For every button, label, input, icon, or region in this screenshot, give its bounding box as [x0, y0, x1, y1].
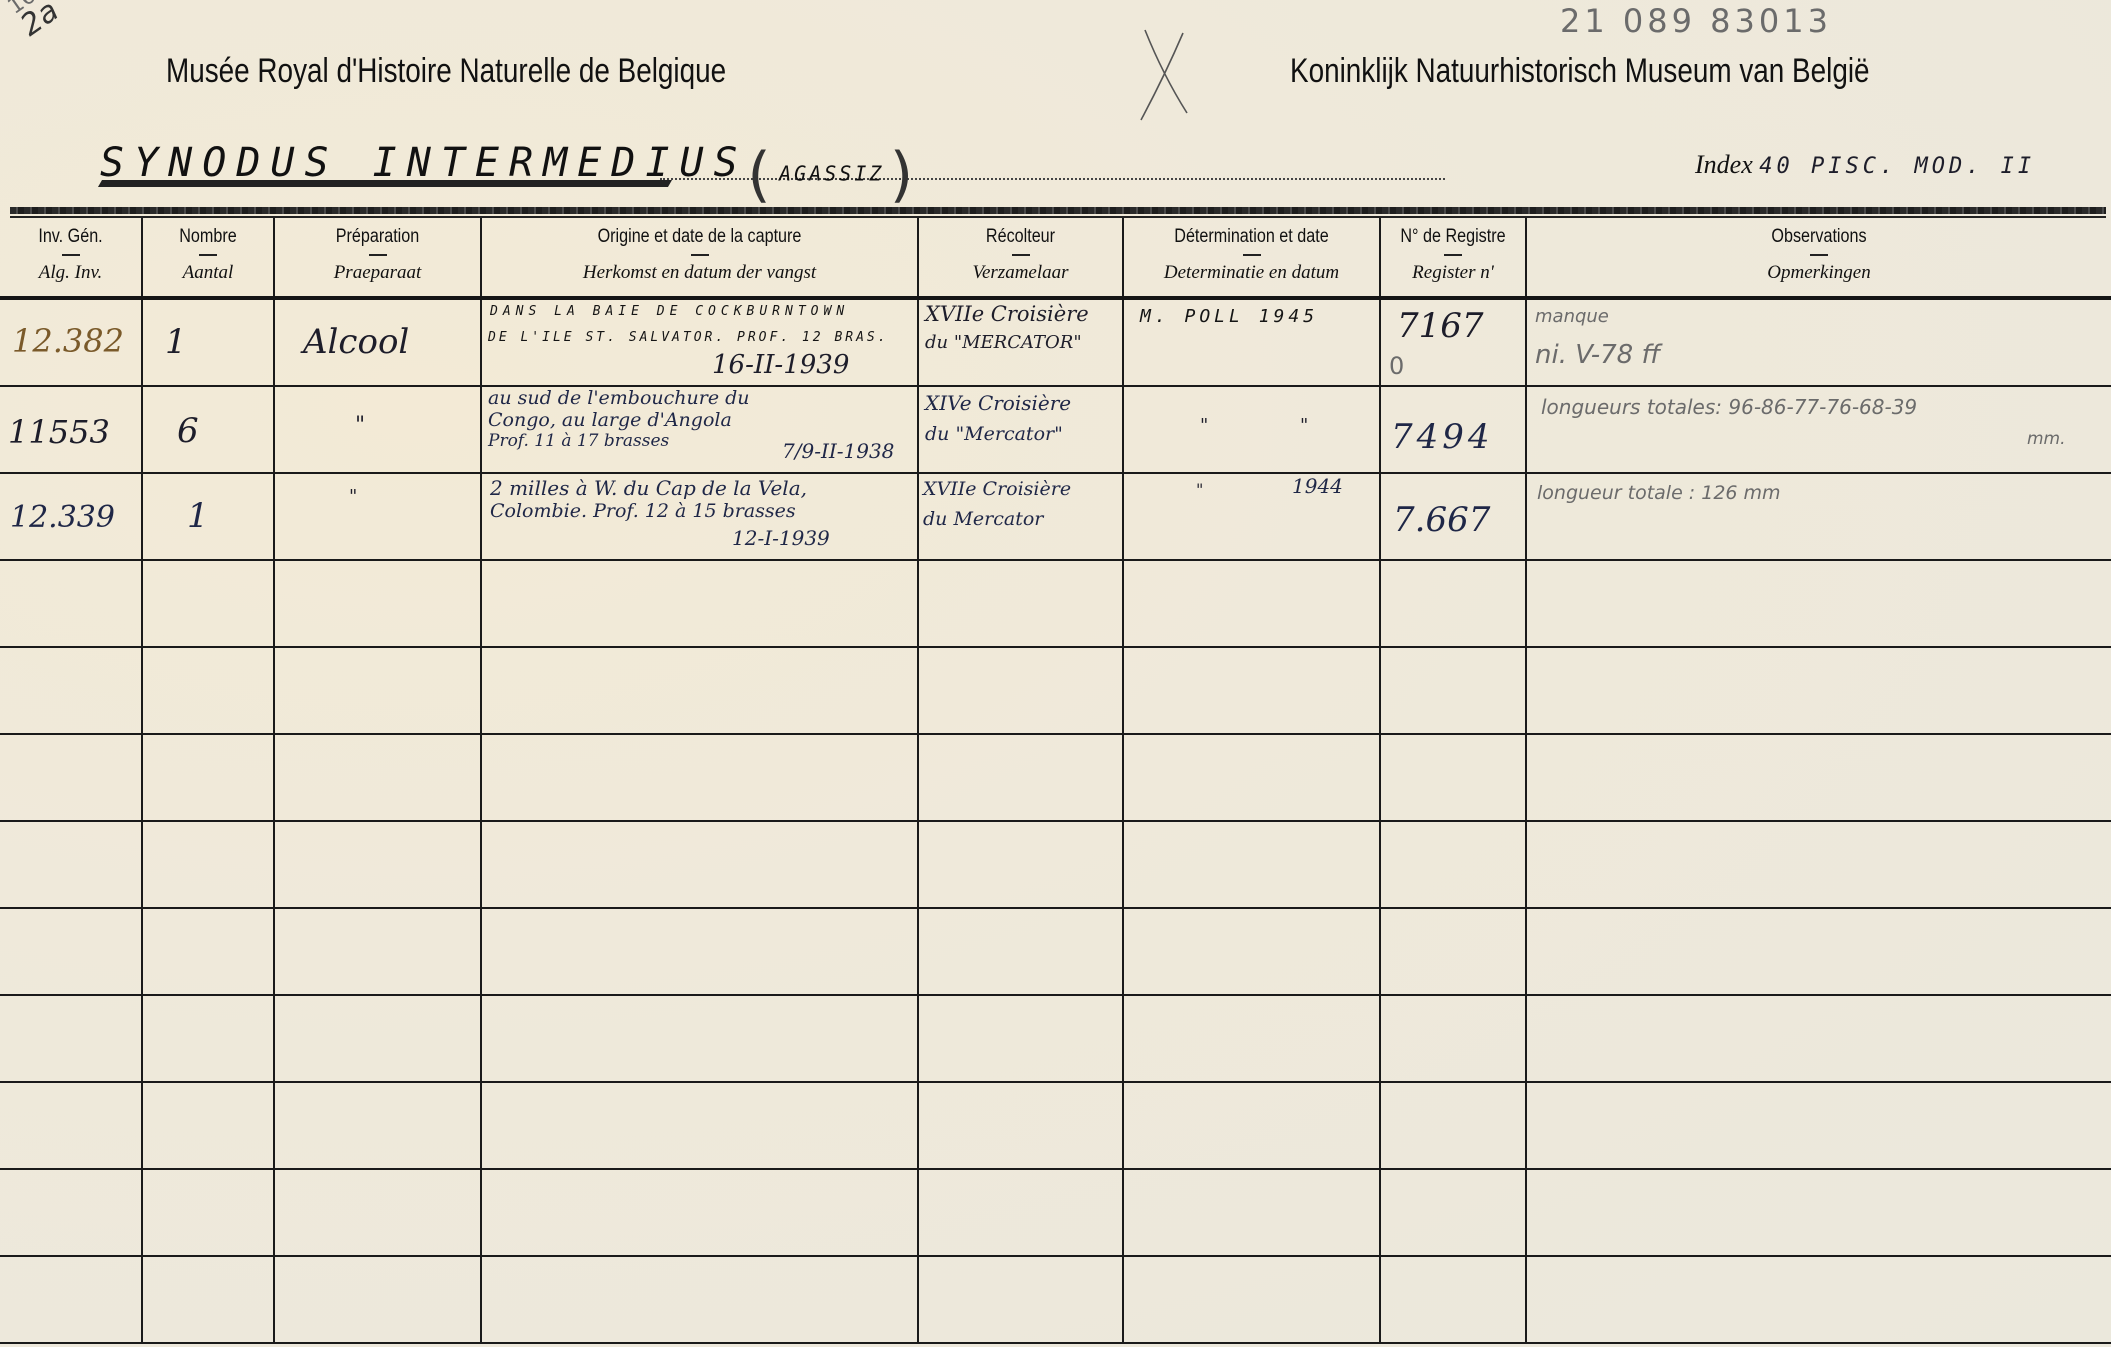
column-header-register: N° de RegistreRegister n': [1380, 218, 1526, 298]
column-header-nl: Opmerkingen: [1527, 262, 2111, 284]
empty-cell: [1526, 821, 2111, 908]
header-dash: [1810, 254, 1828, 256]
header-dash: [1243, 254, 1261, 256]
table-row: 12.339 1 " 2 milles à W. du Cap de la Ve…: [0, 473, 2111, 560]
empty-cell: [1123, 821, 1380, 908]
cell-collector: XVIIe Croisière du "MERCATOR": [918, 298, 1123, 386]
cell-collector: XIVe Croisière du "Mercator": [918, 386, 1123, 473]
cell-origin: DANS LA BAIE DE COCKBURNTOWN DE L'ILE ST…: [481, 298, 918, 386]
observation-line: manque: [1535, 306, 1609, 327]
capture-date: 12-I-1939: [732, 526, 830, 550]
empty-cell: [0, 1082, 142, 1169]
preparation: ": [349, 486, 357, 507]
empty-cell: [918, 1082, 1123, 1169]
cell-origin: au sud de l'embouchure du Congo, au larg…: [481, 386, 918, 473]
empty-cell: [1123, 1169, 1380, 1256]
specimen-count: 6: [177, 411, 199, 451]
empty-cell: [1526, 908, 2111, 995]
empty-table-row: [0, 995, 2111, 1082]
column-header-nl: Register n': [1381, 262, 1525, 284]
cell-register: 7494: [1380, 386, 1526, 473]
species-author: (AGASSIZ): [740, 140, 924, 210]
empty-cell: [1123, 1082, 1380, 1169]
empty-cell: [274, 734, 481, 821]
preparation: ": [355, 413, 365, 438]
cell-determination: " ": [1123, 386, 1380, 473]
empty-cell: [1526, 734, 2111, 821]
origin-line: Prof. 11 à 17 brasses: [488, 431, 669, 451]
observation-line: ni. V-78 ff: [1535, 340, 1660, 370]
determination-ditto: ": [1196, 480, 1203, 499]
determination: M. POLL 1945: [1140, 306, 1318, 327]
table-row: 11553 6 " au sud de l'embouchure du Cong…: [0, 386, 2111, 473]
corner-annotation-line-2: 2a: [18, 0, 67, 39]
empty-table-row: [0, 734, 2111, 821]
cell-count: 1: [142, 298, 274, 386]
column-header-nl: Verzamelaar: [919, 262, 1122, 284]
empty-cell: [142, 560, 274, 647]
collector-line: du "Mercator": [925, 423, 1063, 445]
column-header-nl: Alg. Inv.: [0, 262, 141, 284]
empty-cell: [0, 734, 142, 821]
index-field: Index 40 PISC. MOD. II: [1695, 150, 2035, 180]
empty-cell: [1380, 908, 1526, 995]
cell-inv: 12.339: [0, 473, 142, 560]
header-dash: [1444, 254, 1462, 256]
inv-number: 12.339: [10, 500, 115, 535]
empty-cell: [0, 1256, 142, 1343]
empty-table-row: [0, 821, 2111, 908]
empty-cell: [918, 560, 1123, 647]
museum-title-nl: Koninklijk Natuurhistorisch Museum van B…: [1290, 52, 1870, 91]
empty-cell: [1526, 1256, 2111, 1343]
empty-cell: [274, 995, 481, 1082]
origin-line: Congo, au large d'Angola: [488, 409, 732, 431]
register-mark: 0: [1389, 352, 1404, 380]
column-header-fr: Détermination et date: [1143, 226, 1360, 248]
empty-cell: [0, 560, 142, 647]
index-label: Index: [1695, 150, 1753, 179]
cell-determination: " 1944: [1123, 473, 1380, 560]
empty-cell: [1380, 1256, 1526, 1343]
empty-cell: [1123, 647, 1380, 734]
empty-cell: [481, 1082, 918, 1169]
paren-close: ): [884, 140, 923, 210]
specimen-count: 1: [165, 322, 187, 362]
empty-cell: [142, 908, 274, 995]
empty-cell: [142, 734, 274, 821]
column-header-fr: Récolteur: [934, 226, 1107, 248]
origin-line: au sud de l'embouchure du: [488, 387, 750, 409]
empty-cell: [1526, 1169, 2111, 1256]
empty-cell: [918, 821, 1123, 908]
empty-cell: [274, 821, 481, 908]
table-row: 12.382 1 Alcool DANS LA BAIE DE COCKBURN…: [0, 298, 2111, 386]
column-header-observations: ObservationsOpmerkingen: [1526, 218, 2111, 298]
collector-line: XVIIe Croisière: [923, 478, 1071, 500]
empty-table-row: [0, 1169, 2111, 1256]
cell-preparation: ": [274, 473, 481, 560]
empty-cell: [1123, 995, 1380, 1082]
column-header-fr: Préparation: [290, 226, 464, 248]
header-dash: [62, 254, 80, 256]
header-thick-rule: [10, 207, 2106, 214]
column-header-origin: Origine et date de la captureHerkomst en…: [481, 218, 918, 298]
header-dash: [199, 254, 217, 256]
register-number: 7.667: [1393, 500, 1490, 540]
pencil-cross-mark-icon: [1135, 25, 1195, 125]
origin-line: Colombie. Prof. 12 à 15 brasses: [490, 500, 796, 522]
column-header-nl: Praeparaat: [275, 262, 480, 284]
determination-date: 1944: [1292, 474, 1343, 498]
empty-cell: [1123, 908, 1380, 995]
empty-cell: [0, 821, 142, 908]
specimen-count: 1: [187, 496, 209, 536]
empty-cell: [0, 995, 142, 1082]
collector-line: du "MERCATOR": [925, 332, 1082, 353]
empty-cell: [918, 1169, 1123, 1256]
cell-origin: 2 milles à W. du Cap de la Vela, Colombi…: [481, 473, 918, 560]
cell-observations: manque ni. V-78 ff: [1526, 298, 2111, 386]
collector-line: XVIIe Croisière: [925, 302, 1089, 326]
column-header-determination: Détermination et dateDeterminatie en dat…: [1123, 218, 1380, 298]
cell-register: 7167 0: [1380, 298, 1526, 386]
empty-cell: [1526, 647, 2111, 734]
cell-inv: 11553: [0, 386, 142, 473]
cell-register: 7.667: [1380, 473, 1526, 560]
empty-cell: [481, 995, 918, 1082]
empty-cell: [1380, 1169, 1526, 1256]
inv-number: 11553: [8, 413, 110, 451]
cell-inv: 12.382: [0, 298, 142, 386]
column-header-fr: Inv. Gén.: [11, 226, 131, 248]
empty-cell: [1526, 560, 2111, 647]
preparation: Alcool: [303, 322, 409, 362]
column-header-nl: Herkomst en datum der vangst: [482, 262, 917, 284]
origin-line: DANS LA BAIE DE COCKBURNTOWN: [490, 304, 849, 319]
empty-table-row: [0, 647, 2111, 734]
paren-open: (: [740, 140, 779, 210]
empty-cell: [1380, 560, 1526, 647]
empty-cell: [274, 560, 481, 647]
empty-table-row: [0, 1256, 2111, 1343]
register-number: 7494: [1391, 417, 1494, 457]
empty-cell: [274, 908, 481, 995]
observation-line: mm.: [2027, 429, 2066, 449]
empty-cell: [0, 1169, 142, 1256]
cell-preparation: Alcool: [274, 298, 481, 386]
empty-cell: [481, 647, 918, 734]
inv-number: 12.382: [12, 322, 124, 360]
empty-cell: [1380, 1082, 1526, 1169]
register-number: 7167: [1397, 306, 1484, 346]
cell-observations: longueurs totales: 96-86-77-76-68-39 mm.: [1526, 386, 2111, 473]
index-value: 40 PISC. MOD. II: [1759, 154, 2035, 179]
column-header-nl: Determinatie en datum: [1124, 262, 1379, 284]
cell-count: 1: [142, 473, 274, 560]
register-table: Inv. Gén.Alg. Inv. NombreAantal Préparat…: [0, 218, 2111, 1344]
capture-date: 7/9-II-1938: [782, 439, 894, 463]
empty-cell: [274, 1256, 481, 1343]
empty-table-row: [0, 560, 2111, 647]
empty-cell: [0, 647, 142, 734]
empty-cell: [1123, 1256, 1380, 1343]
empty-table-row: [0, 908, 2111, 995]
empty-cell: [481, 734, 918, 821]
empty-cell: [1380, 995, 1526, 1082]
column-header-fr: Nombre: [153, 226, 264, 248]
collector-line: du Mercator: [923, 508, 1043, 530]
top-reference-number: 21 089 83013: [1560, 2, 1832, 40]
column-header-fr: Observations: [1571, 226, 2067, 248]
empty-cell: [142, 647, 274, 734]
empty-cell: [274, 1169, 481, 1256]
species-author-name: AGASSIZ: [779, 162, 884, 186]
empty-cell: [274, 647, 481, 734]
empty-cell: [918, 908, 1123, 995]
empty-cell: [481, 1256, 918, 1343]
species-underline: [98, 180, 672, 187]
header-dash: [369, 254, 387, 256]
empty-cell: [481, 908, 918, 995]
header-dash: [1012, 254, 1030, 256]
empty-cell: [1123, 734, 1380, 821]
column-header-count: NombreAantal: [142, 218, 274, 298]
collector-line: XIVe Croisière: [925, 391, 1071, 415]
origin-line: DE L'ILE ST. SALVATOR. PROF. 12 BRAS.: [488, 330, 889, 345]
header-dash: [691, 254, 709, 256]
cell-determination: M. POLL 1945: [1123, 298, 1380, 386]
column-header-collector: RécolteurVerzamelaar: [918, 218, 1123, 298]
column-header-fr: N° de Registre: [1392, 226, 1514, 248]
determination-ditto: ": [1300, 415, 1308, 436]
empty-cell: [1380, 734, 1526, 821]
empty-cell: [918, 647, 1123, 734]
empty-cell: [918, 995, 1123, 1082]
origin-line: 2 milles à W. du Cap de la Vela,: [490, 476, 807, 500]
column-header-preparation: PréparationPraeparaat: [274, 218, 481, 298]
empty-cell: [274, 1082, 481, 1169]
empty-cell: [918, 1256, 1123, 1343]
observation-line: longueurs totales: 96-86-77-76-68-39: [1541, 395, 1917, 419]
empty-cell: [918, 734, 1123, 821]
empty-cell: [1526, 1082, 2111, 1169]
column-header-inv: Inv. Gén.Alg. Inv.: [0, 218, 142, 298]
empty-cell: [142, 995, 274, 1082]
empty-cell: [481, 821, 918, 908]
determination-ditto: ": [1200, 415, 1208, 436]
empty-cell: [1380, 821, 1526, 908]
corner-annotation: 16C 2a: [4, 0, 67, 39]
empty-cell: [481, 1169, 918, 1256]
empty-cell: [142, 821, 274, 908]
empty-cell: [1123, 560, 1380, 647]
empty-cell: [1380, 647, 1526, 734]
empty-cell: [1526, 995, 2111, 1082]
column-header-fr: Origine et date de la capture: [515, 226, 885, 248]
cell-observations: longueur totale : 126 mm: [1526, 473, 2111, 560]
observation-line: longueur totale : 126 mm: [1537, 482, 1781, 504]
empty-cell: [481, 560, 918, 647]
empty-cell: [142, 1256, 274, 1343]
column-header-nl: Aantal: [143, 262, 273, 284]
empty-table-row: [0, 1082, 2111, 1169]
empty-cell: [142, 1169, 274, 1256]
cell-preparation: ": [274, 386, 481, 473]
capture-date: 16-II-1939: [712, 350, 849, 380]
cell-count: 6: [142, 386, 274, 473]
table-header-row: Inv. Gén.Alg. Inv. NombreAantal Préparat…: [0, 218, 2111, 298]
empty-cell: [142, 1082, 274, 1169]
museum-title-fr: Musée Royal d'Histoire Naturelle de Belg…: [166, 52, 726, 91]
cell-collector: XVIIe Croisière du Mercator: [918, 473, 1123, 560]
empty-cell: [0, 908, 142, 995]
